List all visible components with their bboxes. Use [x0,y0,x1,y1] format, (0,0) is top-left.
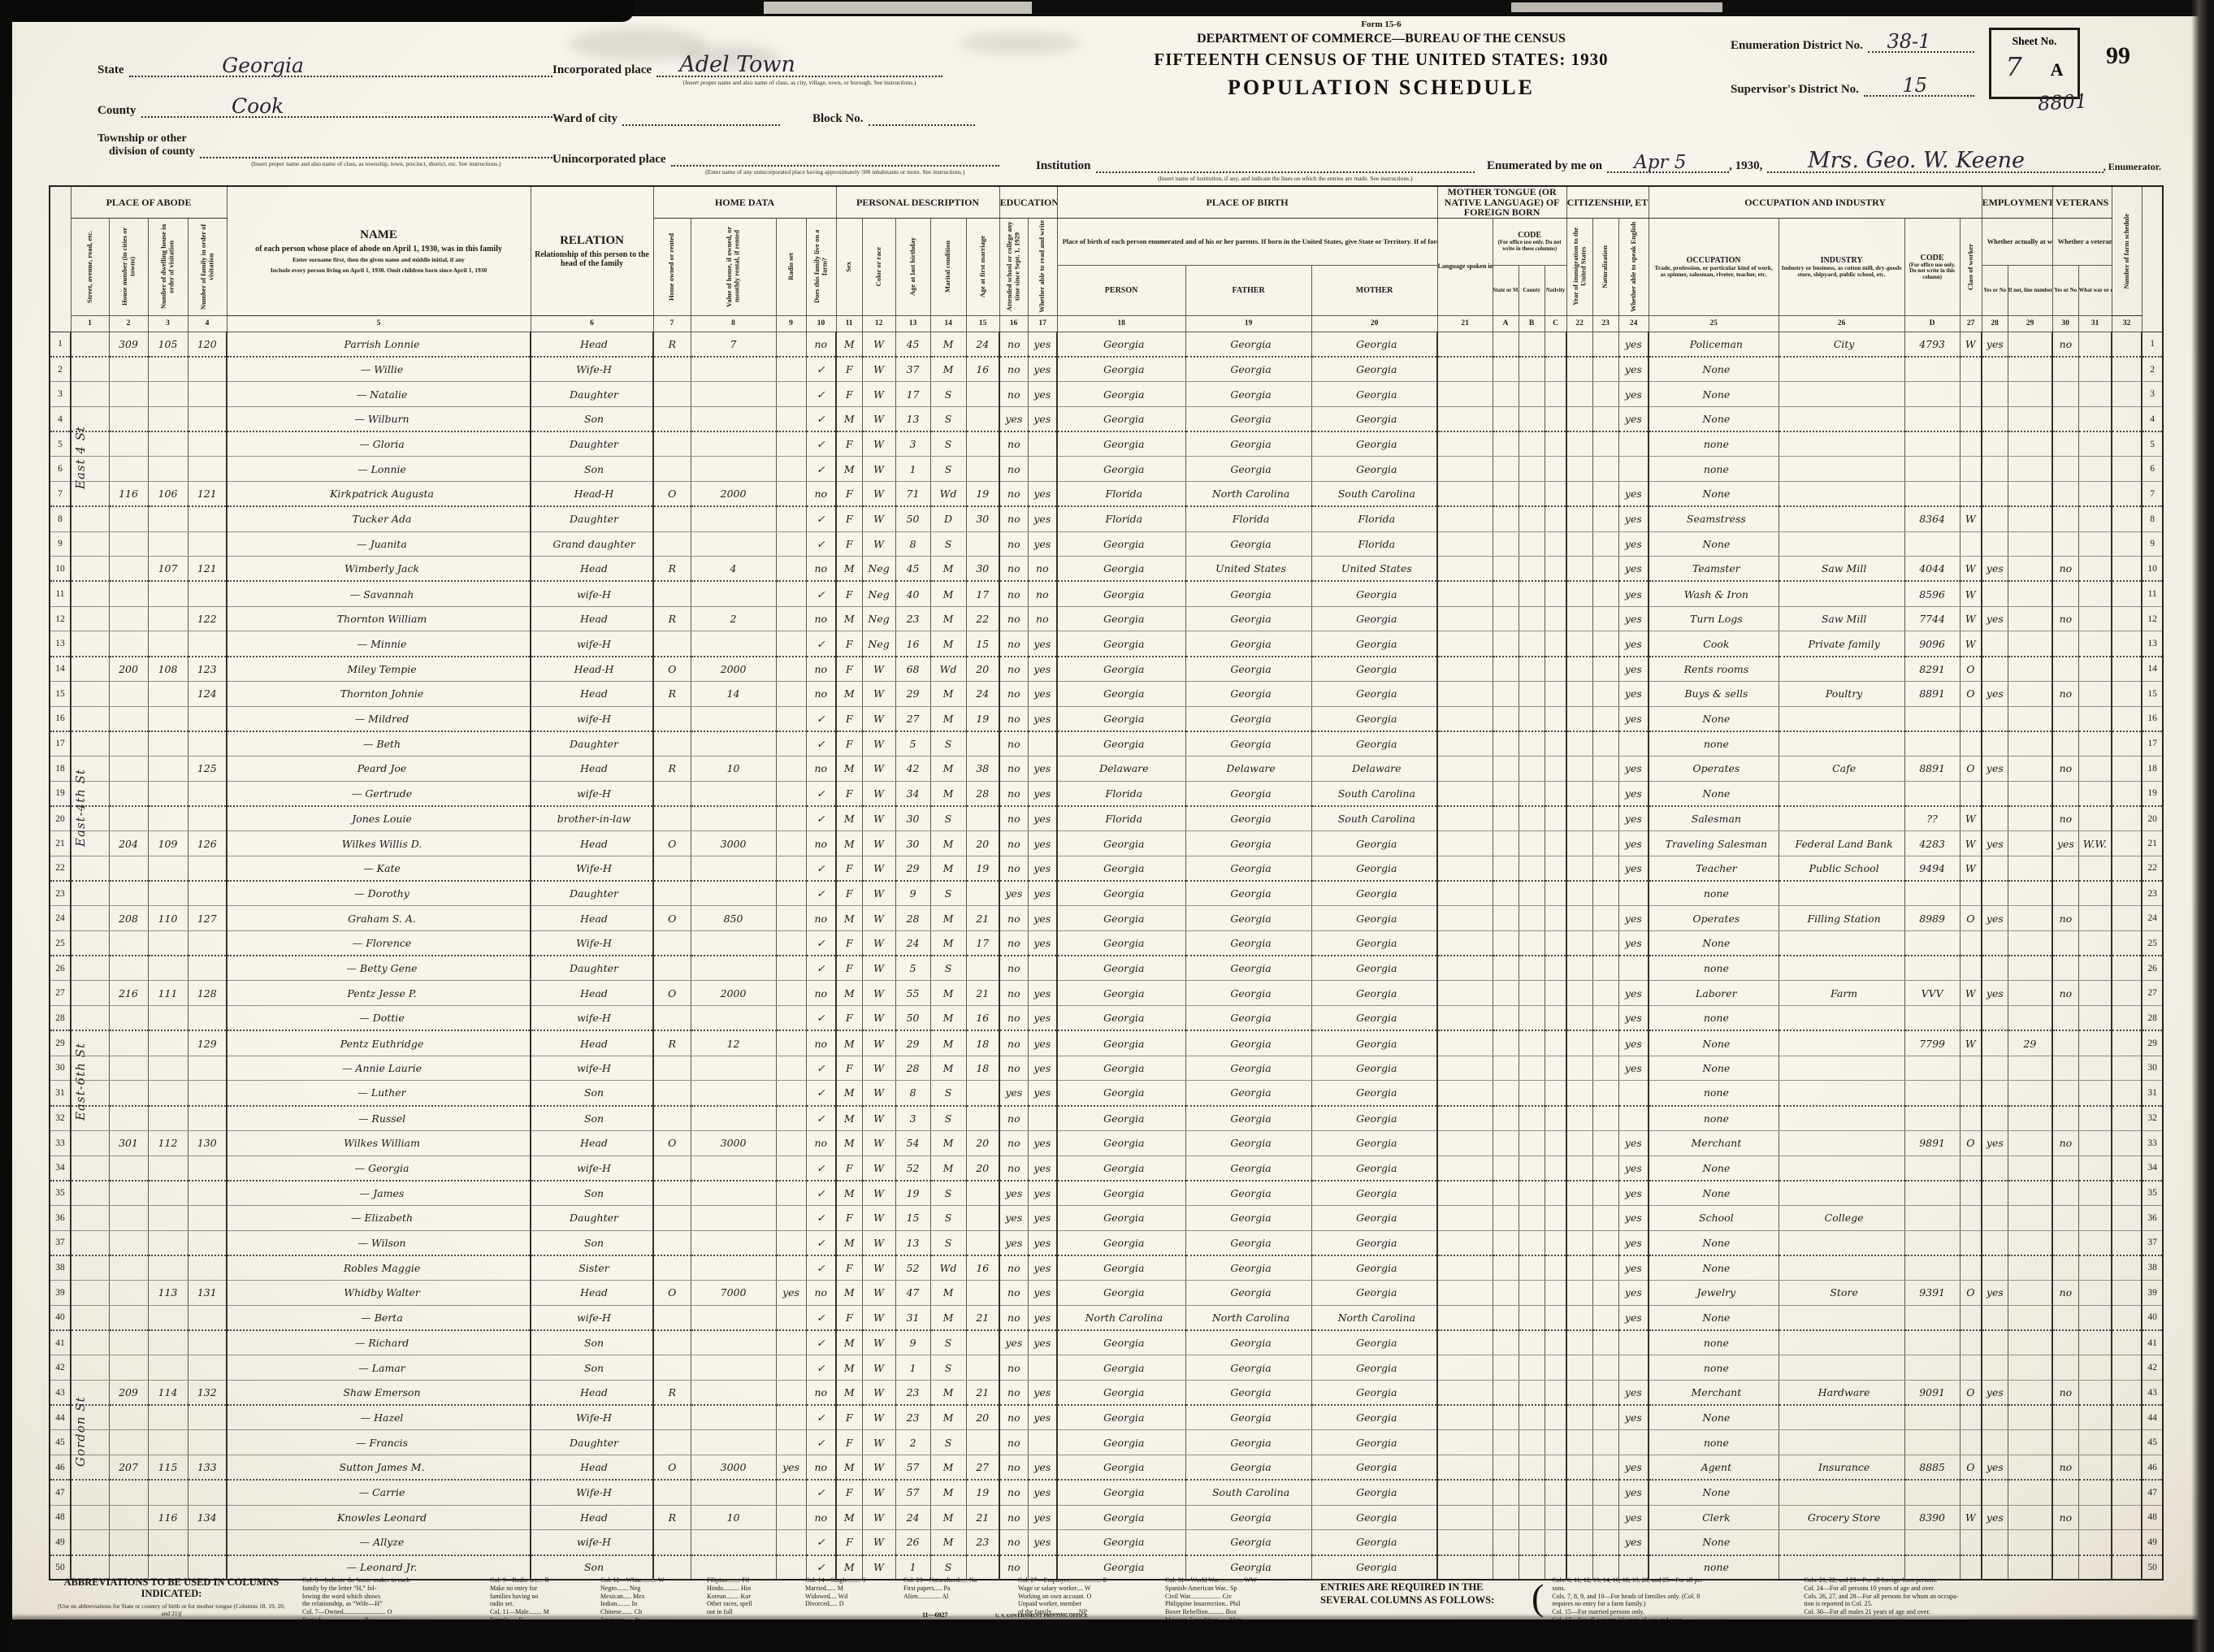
cell-birthplace-father: Georgia [1185,1355,1311,1381]
cell-age: 52 [895,1255,930,1281]
cell-house-number [109,1255,148,1281]
cell-birthplace-mother: Georgia [1311,631,1437,657]
cell-sex: F [836,1255,862,1281]
cell-birthplace-mother: Florida [1311,506,1437,531]
cell-occupation: Merchant [1649,1130,1779,1156]
cell-code-b [1519,657,1545,682]
column-at-work: Yes or No [1982,265,2008,315]
cell-occupation: Agent [1649,1455,1779,1481]
cell-unemployment-line [2008,1081,2052,1106]
cell-class-worker: W [1960,806,1982,831]
cell-code-c [1545,606,1566,631]
cell-race: Neg [862,557,895,582]
cell-birthplace-person: Georgia [1057,856,1185,881]
cell-race: W [862,1205,895,1230]
census-table-body: 1 309 105 120 Parrish Lonnie Head R 7 no… [50,332,2163,1580]
line-number-left: 31 [50,1081,71,1106]
cell-at-work [1982,1056,2008,1081]
cell-birthplace-mother: Georgia [1311,1205,1437,1230]
cell-owned-rented: R [653,1380,691,1405]
cell-age-married: 20 [966,657,999,682]
cell-occupation: none [1649,1081,1779,1106]
cell-race: W [862,956,895,981]
cell-home-value [691,781,776,806]
cell-name: Thornton William [227,606,531,631]
cell-radio [776,1156,806,1181]
column-industry: INDUSTRY Industry or business, as cotton… [1779,218,1904,315]
census-row: 24 208 110 127 Graham S. A. Head O 850 n… [50,906,2163,931]
enumerated-date-line: Apr 5 [1607,168,1729,173]
cell-code-b [1519,406,1545,431]
cell-sex: F [836,1156,862,1181]
cell-language [1437,1530,1493,1555]
cell-industry [1779,1255,1904,1281]
cell-code-d [1904,431,1960,457]
cell-at-work [1982,1205,2008,1230]
census-row: 19 — Gertrude wife-H ✓ F W 34 M 28 no ye… [50,781,2163,806]
cell-radio [776,757,806,782]
cell-age-married [966,731,999,757]
cell-code-c [1545,1081,1566,1106]
cell-veteran: no [2052,1380,2078,1405]
census-row: 6 — Lonnie Son ✓ M W 1 S no Georgia Geor… [50,457,2163,482]
cell-occupation: Wash & Iron [1649,581,1779,606]
cell-english: yes [1618,831,1649,856]
cell-language [1437,1355,1493,1381]
cell-industry [1779,1330,1904,1355]
cell-radio [776,382,806,407]
cell-birthplace-father: Georgia [1185,931,1311,956]
cell-immigration [1566,981,1592,1006]
cell-war [2078,1405,2112,1430]
cell-naturalization [1592,1081,1618,1106]
cell-race: W [862,1430,895,1455]
cell-naturalization [1592,681,1618,706]
cell-occupation: none [1649,956,1779,981]
cell-english: yes [1618,1156,1649,1181]
cell-age-married: 18 [966,1030,999,1056]
cell-code-c [1545,382,1566,407]
cell-house-number [109,1230,148,1255]
cell-name: Wilkes Willis D. [227,831,531,856]
incorporated-field: Incorporated place Adel Town (Insert pro… [552,63,942,77]
cell-birthplace-person: Georgia [1057,1030,1185,1056]
cell-read-write: yes [1028,881,1057,906]
cell-veteran [2052,1006,2078,1031]
cell-sex: F [836,382,862,407]
cell-sex: M [836,757,862,782]
cell-immigration [1566,1130,1592,1156]
cell-birthplace-mother: Georgia [1311,1455,1437,1481]
county-line: Cook [141,113,552,118]
cell-language [1437,1081,1493,1106]
cell-birthplace-person: Georgia [1057,1455,1185,1481]
line-number-right: 4 [2142,406,2163,431]
cell-race: W [862,1056,895,1081]
employment-description: Whether actually at work yesterday (or t… [1982,218,2052,265]
column-number: 4 [188,315,227,332]
census-row: 33 301 112 130 Wilkes William Head O 300… [50,1130,2163,1156]
cell-family-number [188,956,227,981]
cell-family-number [188,406,227,431]
cell-family-number [188,731,227,757]
cell-radio [776,1430,806,1455]
cell-farm-schedule [2112,531,2142,557]
cell-industry [1779,357,1904,382]
cell-relation: Daughter [531,731,653,757]
line-number-left: 7 [50,482,71,507]
cell-industry [1779,1181,1904,1206]
cell-immigration [1566,1505,1592,1530]
cell-code-b [1519,1281,1545,1306]
column-unemployment-line: If not, line number on Unemployment Sche… [2008,265,2052,315]
cell-class-worker: W [1960,557,1982,582]
cell-relation: Head [531,831,653,856]
cell-language [1437,1106,1493,1131]
cell-read-write: yes [1028,856,1057,881]
cell-house-number [109,681,148,706]
cell-name: — Russel [227,1106,531,1131]
cell-name: Jones Louie [227,806,531,831]
cell-industry [1779,1081,1904,1106]
cell-occupation: none [1649,431,1779,457]
cell-class-worker [1960,1230,1982,1255]
enumerated-year: , 1930, [1729,159,1762,173]
cell-farm: no [806,1130,836,1156]
cell-owned-rented [653,506,691,531]
cell-dwelling-number [148,1205,188,1230]
cell-class-worker [1960,1430,1982,1455]
cell-unemployment-line [2008,1106,2052,1131]
cell-birthplace-person: Delaware [1057,757,1185,782]
cell-school: no [999,1106,1028,1131]
cell-school: no [999,931,1028,956]
cell-farm: ✓ [806,1056,836,1081]
cell-occupation: None [1649,1030,1779,1056]
cell-occupation: Teamster [1649,557,1779,582]
cell-code-c [1545,1205,1566,1230]
cell-sex: M [836,681,862,706]
cell-name: — Dottie [227,1006,531,1031]
cell-code-b [1519,1455,1545,1481]
cell-farm: ✓ [806,1230,836,1255]
cell-owned-rented [653,1330,691,1355]
cell-owned-rented: R [653,681,691,706]
cell-race: W [862,457,895,482]
line-number-right: 5 [2142,431,2163,457]
cell-at-work [1982,431,2008,457]
cell-birthplace-mother: Georgia [1311,1030,1437,1056]
enumerated-field: Enumerated by me on Apr 5 , 1930, Mrs. G… [1487,159,2161,173]
cell-farm: ✓ [806,1355,836,1381]
cell-age-married: 27 [966,1455,999,1481]
cell-language [1437,706,1493,731]
abbrev-col23: Col. 23—Naturalized..... Na First papers… [903,1576,1005,1619]
cell-sex: M [836,1130,862,1156]
cell-veteran [2052,631,2078,657]
column-family-number: Number of family in order of visitation [188,218,227,315]
cell-age-married: 17 [966,581,999,606]
unincorporated-field: Unincorporated place (Enter name of any … [552,153,999,167]
cell-relation: Son [531,457,653,482]
cell-farm: ✓ [806,406,836,431]
cell-school: yes [999,1205,1028,1230]
cell-sex: M [836,1181,862,1206]
cell-unemployment-line [2008,1305,2052,1330]
cell-occupation: Seamstress [1649,506,1779,531]
cell-age: 15 [895,1205,930,1230]
cell-english: yes [1618,856,1649,881]
column-code-county: County [1519,265,1545,315]
column-number: 17 [1028,315,1057,332]
cell-occupation: none [1649,1355,1779,1381]
cell-birthplace-father: North Carolina [1185,1305,1311,1330]
line-number-left: 24 [50,906,71,931]
unincorporated-line: (Enter name of any unincorporated place … [671,162,999,167]
census-row: 1 309 105 120 Parrish Lonnie Head R 7 no… [50,332,2163,357]
cell-war [2078,1530,2112,1555]
line-number-right: 35 [2142,1181,2163,1206]
cell-relation: Wife-H [531,357,653,382]
line-number-right: 39 [2142,1281,2163,1306]
cell-house-number [109,531,148,557]
cell-school: no [999,1006,1028,1031]
sheet: State Georgia County Cook Township or ot… [0,0,2214,1652]
cell-race: W [862,981,895,1006]
cell-war [2078,357,2112,382]
cell-sex: F [836,1430,862,1455]
line-number-left: 42 [50,1355,71,1381]
cell-code-b [1519,1106,1545,1131]
cell-farm-schedule [2112,1405,2142,1430]
cell-school: no [999,956,1028,981]
cell-age-married: 21 [966,981,999,1006]
cell-school: no [999,557,1028,582]
cell-naturalization [1592,1056,1618,1081]
cell-code-b [1519,981,1545,1006]
cell-race: W [862,332,895,357]
cell-at-work [1982,1030,2008,1056]
cell-naturalization [1592,1355,1618,1381]
cell-school: no [999,806,1028,831]
cell-at-work [1982,1530,2008,1555]
cell-language [1437,906,1493,931]
sd-line: 15 [1864,92,1974,97]
cell-occupation: School [1649,1205,1779,1230]
group-education: EDUCATION [999,186,1057,218]
cell-home-value: 14 [691,681,776,706]
cell-war [2078,706,2112,731]
cell-birthplace-person: Georgia [1057,606,1185,631]
incorporated-line: Adel Town (Insert proper name and also n… [656,72,942,77]
cell-radio [776,657,806,682]
cell-code-d [1904,1480,1960,1505]
cell-radio [776,581,806,606]
cell-age: 28 [895,906,930,931]
cell-language [1437,931,1493,956]
cell-age: 24 [895,931,930,956]
cell-radio [776,631,806,657]
cell-code-d: 8596 [1904,581,1960,606]
cell-war: W.W. [2078,831,2112,856]
cell-dwelling-number [148,1006,188,1031]
cell-code-b [1519,1355,1545,1381]
cell-war [2078,956,2112,981]
cell-farm-schedule [2112,382,2142,407]
cell-school: no [999,1530,1028,1555]
cell-home-value [691,581,776,606]
cell-code-a [1493,557,1519,582]
ward-line [622,121,780,126]
cell-unemployment-line [2008,1156,2052,1181]
scan-edge-left [0,0,12,1652]
cell-relation: Head [531,681,653,706]
cell-class-worker [1960,1480,1982,1505]
cell-home-value: 4 [691,557,776,582]
cell-marital: M [930,906,966,931]
cell-war [2078,1281,2112,1306]
cell-house-number: 200 [109,657,148,682]
cell-immigration [1566,1355,1592,1381]
cell-farm-schedule [2112,781,2142,806]
sheet-number-box: Sheet No. 7 A [1989,28,2080,99]
cell-code-c [1545,1030,1566,1056]
cell-english [1618,431,1649,457]
cell-dwelling-number [148,382,188,407]
cell-home-value: 850 [691,906,776,931]
cell-sex: M [836,406,862,431]
cell-occupation: None [1649,382,1779,407]
cell-class-worker: W [1960,831,1982,856]
cell-industry [1779,1430,1904,1455]
cell-farm: ✓ [806,1081,836,1106]
cell-birthplace-mother: Georgia [1311,931,1437,956]
line-number-left: 5 [50,431,71,457]
cell-industry [1779,1030,1904,1056]
cell-farm: ✓ [806,357,836,382]
cell-naturalization [1592,506,1618,531]
cell-naturalization [1592,906,1618,931]
cell-unemployment-line: 29 [2008,1030,2052,1056]
cell-sex: M [836,1081,862,1106]
column-number: 10 [806,315,836,332]
cell-home-value: 2 [691,606,776,631]
cell-unemployment-line [2008,1480,2052,1505]
cell-relation: Head [531,906,653,931]
cell-name: — Juanita [227,531,531,557]
cell-age-married: 19 [966,482,999,507]
cell-dwelling-number [148,357,188,382]
cell-immigration [1566,931,1592,956]
cell-industry: Cafe [1779,757,1904,782]
cell-english: yes [1618,482,1649,507]
cell-birthplace-mother: Georgia [1311,581,1437,606]
cell-read-write: yes [1028,1181,1057,1206]
census-row: 30 — Annie Laurie wife-H ✓ F W 28 M 18 n… [50,1056,2163,1081]
cell-farm-schedule [2112,731,2142,757]
cell-immigration [1566,1480,1592,1505]
cell-war [2078,557,2112,582]
cell-radio [776,1330,806,1355]
cell-class-worker: O [1960,681,1982,706]
cell-name: — Wilson [227,1230,531,1255]
cell-immigration [1566,1081,1592,1106]
cell-home-value: 10 [691,757,776,782]
cell-veteran [2052,781,2078,806]
cell-marital: S [930,731,966,757]
cell-relation: Daughter [531,431,653,457]
cell-owned-rented [653,1355,691,1381]
cell-name: — Allyze [227,1530,531,1555]
cell-industry: Public School [1779,856,1904,881]
cell-language [1437,831,1493,856]
cell-dwelling-number: 108 [148,657,188,682]
cell-birthplace-mother: Georgia [1311,382,1437,407]
cell-house-number [109,1405,148,1430]
cell-farm: no [806,1505,836,1530]
column-number: 3 [148,315,188,332]
cell-at-work: yes [1982,557,2008,582]
cell-code-c [1545,531,1566,557]
cell-birthplace-mother: Georgia [1311,657,1437,682]
cell-veteran [2052,1305,2078,1330]
cell-relation: Head-H [531,657,653,682]
cell-naturalization [1592,531,1618,557]
cell-occupation: none [1649,731,1779,757]
cell-farm-schedule [2112,757,2142,782]
cell-language [1437,1380,1493,1405]
cell-read-write: yes [1028,357,1057,382]
scan-edge-right [2191,0,2214,1652]
abbrev-col9: Col. 9—Radio set.... R Make no entry for… [490,1576,587,1619]
cell-name: Wimberly Jack [227,557,531,582]
cell-farm-schedule [2112,1030,2142,1056]
cell-home-value: 3000 [691,1455,776,1481]
cell-code-d [1904,1530,1960,1555]
cell-owned-rented [653,781,691,806]
cell-birthplace-mother: Georgia [1311,1255,1437,1281]
cell-birthplace-person: Georgia [1057,706,1185,731]
cell-age-married: 24 [966,332,999,357]
cell-age: 42 [895,757,930,782]
cell-language [1437,757,1493,782]
cell-code-a [1493,781,1519,806]
group-place-of-abode: PLACE OF ABODE [71,186,227,218]
cell-code-a [1493,757,1519,782]
cell-class-worker: W [1960,506,1982,531]
cell-age-married [966,431,999,457]
cell-birthplace-father: Georgia [1185,581,1311,606]
cell-immigration [1566,631,1592,657]
cell-read-write: yes [1028,1380,1057,1405]
cell-class-worker [1960,1405,1982,1430]
cell-marital: M [930,631,966,657]
cell-occupation: None [1649,706,1779,731]
line-number-left: 30 [50,1056,71,1081]
census-row: 46 207 115 133 Sutton James M. Head O 30… [50,1455,2163,1481]
cell-war [2078,1056,2112,1081]
cell-farm: ✓ [806,731,836,757]
census-row: 8 Tucker Ada Daughter ✓ F W 50 D 30 no y… [50,506,2163,531]
cell-immigration [1566,482,1592,507]
cell-race: W [862,781,895,806]
incorporated-label: Incorporated place [552,63,652,77]
cell-home-value [691,1156,776,1181]
cell-owned-rented [653,706,691,731]
cell-code-a [1493,631,1519,657]
cell-race: W [862,1405,895,1430]
cell-class-worker: W [1960,856,1982,881]
